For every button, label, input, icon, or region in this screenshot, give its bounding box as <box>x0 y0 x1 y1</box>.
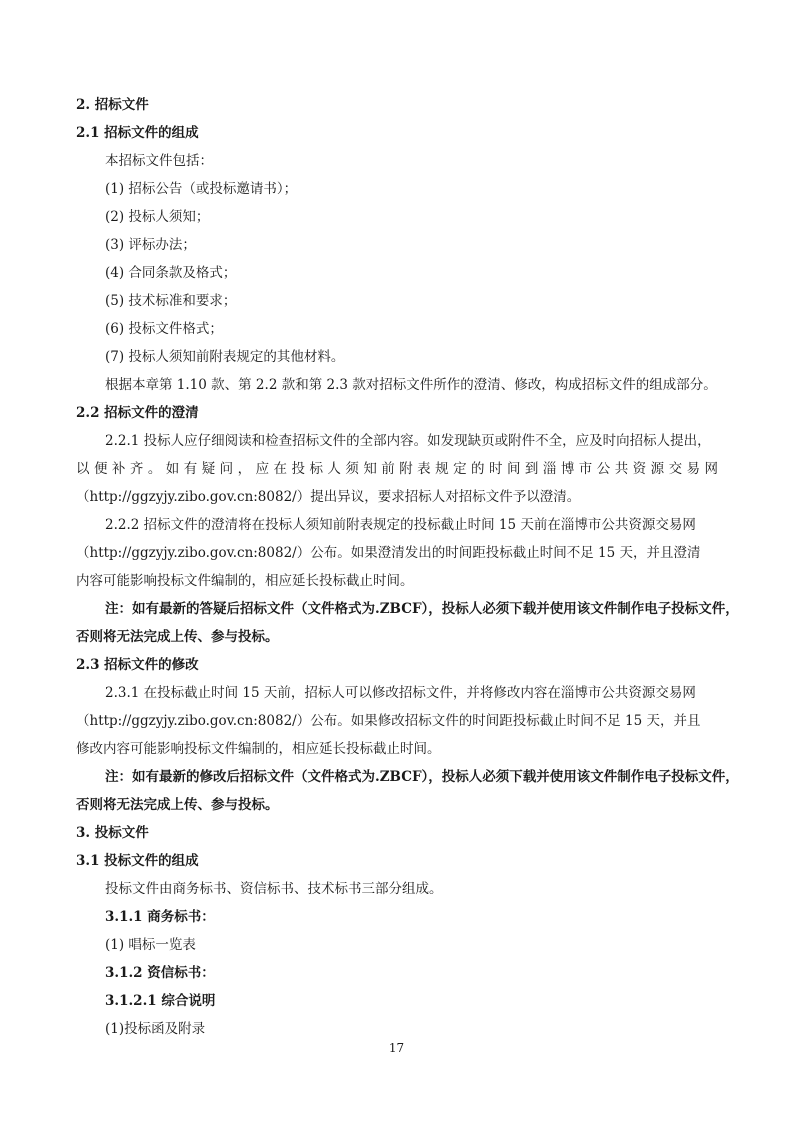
section-3-1-2-1-heading: 3.1.2.1 综合说明 <box>105 992 718 1010</box>
note-2-3-line: 否则将无法完成上传、参与投标。 <box>76 796 718 814</box>
page-number: 17 <box>0 1041 793 1055</box>
section-2-1-intro: 本招标文件包括： <box>105 152 718 170</box>
section-3-heading: 3. 投标文件 <box>76 824 718 842</box>
section-3-1-1-heading: 3.1.1 商务标书： <box>105 908 718 926</box>
note-2-3-line: 注：如有最新的修改后招标文件（文件格式为.ZBCF），投标人必须下载并使用该文件… <box>105 768 718 786</box>
paragraph-2-2-2-line: （http://ggzyjy.zibo.gov.cn:8082/）公布。如果澄清… <box>76 544 718 562</box>
list-item: (5) 技术标准和要求； <box>105 292 718 310</box>
paragraph-2-2-1-line: （http://ggzyjy.zibo.gov.cn:8082/）提出异议，要求… <box>76 488 718 506</box>
paragraph-2-2-1-line: 以便补齐。如有疑问，应在投标人须知前附表规定的时间到淄博市公共资源交易网 <box>76 460 718 478</box>
paragraph-2-3-1-line: （http://ggzyjy.zibo.gov.cn:8082/）公布。如果修改… <box>76 712 718 730</box>
section-2-3-heading: 2.3 招标文件的修改 <box>76 656 718 674</box>
list-item: (2) 投标人须知； <box>105 208 718 226</box>
list-item: (6) 投标文件格式； <box>105 320 718 338</box>
paragraph-2-2-1-line: 2.2.1 投标人应仔细阅读和检查招标文件的全部内容。如发现缺页或附件不全，应及… <box>105 432 718 450</box>
list-item: (1) 唱标一览表 <box>105 936 718 954</box>
paragraph-2-2-2-line: 内容可能影响投标文件编制的，相应延长投标截止时间。 <box>76 572 718 590</box>
paragraph-2-3-1-line: 修改内容可能影响投标文件编制的，相应延长投标截止时间。 <box>76 740 718 758</box>
section-3-1-2-heading: 3.1.2 资信标书： <box>105 964 718 982</box>
section-2-1-heading: 2.1 招标文件的组成 <box>76 124 718 142</box>
section-3-1-intro: 投标文件由商务标书、资信标书、技术标书三部分组成。 <box>105 880 718 898</box>
note-2-2-line: 否则将无法完成上传、参与投标。 <box>76 628 718 646</box>
section-2-heading: 2. 招标文件 <box>76 96 718 114</box>
paragraph-2-3-1-line: 2.3.1 在投标截止时间 15 天前，招标人可以修改招标文件，并将修改内容在淄… <box>105 684 718 702</box>
paragraph-2-2-2-line: 2.2.2 招标文件的澄清将在投标人须知前附表规定的投标截止时间 15 天前在淄… <box>105 516 718 534</box>
list-item: (4) 合同条款及格式； <box>105 264 718 282</box>
list-item: (1) 招标公告（或投标邀请书）； <box>105 180 718 198</box>
section-2-1-closing: 根据本章第 1.10 款、第 2.2 款和第 2.3 款对招标文件所作的澄清、修… <box>105 376 718 394</box>
list-item: (7) 投标人须知前附表规定的其他材料。 <box>105 348 718 366</box>
note-2-2-line: 注：如有最新的答疑后招标文件（文件格式为.ZBCF），投标人必须下载并使用该文件… <box>105 600 718 618</box>
document-page: 2. 招标文件 2.1 招标文件的组成 本招标文件包括： (1) 招标公告（或投… <box>0 0 793 1122</box>
list-item: (1)投标函及附录 <box>105 1020 718 1038</box>
section-2-2-heading: 2.2 招标文件的澄清 <box>76 404 718 422</box>
list-item: (3) 评标办法； <box>105 236 718 254</box>
section-3-1-heading: 3.1 投标文件的组成 <box>76 852 718 870</box>
